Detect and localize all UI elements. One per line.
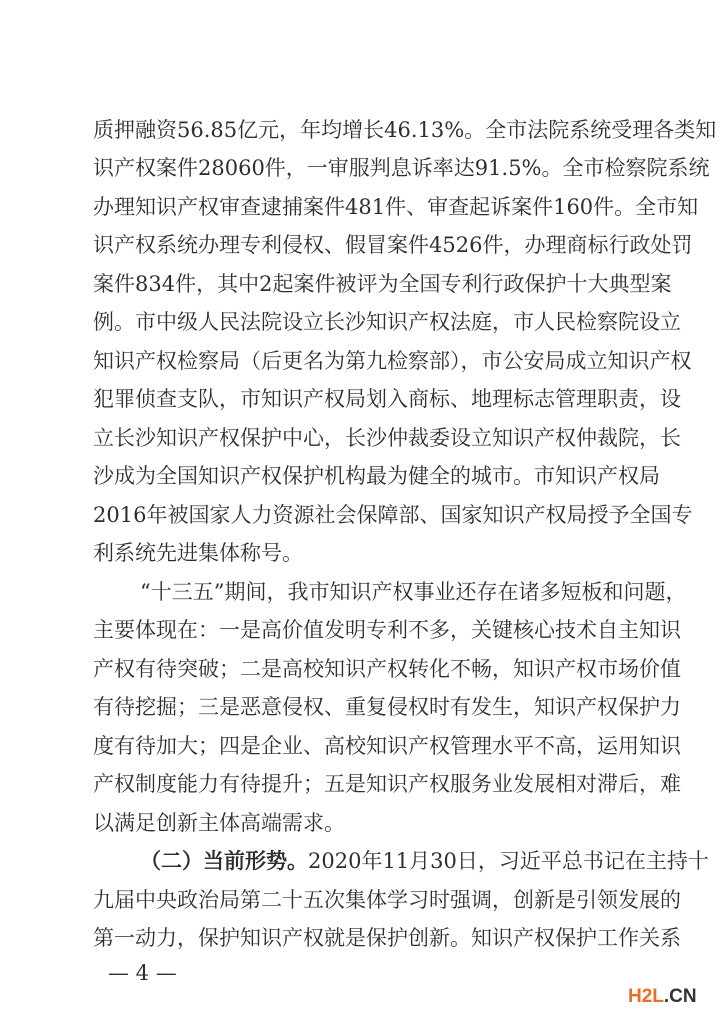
body-line-11: 2016年被国家人力资源社会保障部、国家知识产权局授予全国专 — [93, 501, 628, 529]
body-line-7: 知识产权检察局（后更名为第九检察部），市公安局成立知识产权 — [93, 347, 628, 375]
paragraph-2-line-5: 度有待加大；四是企业、高校知识产权管理水平不高，运用知识 — [93, 732, 628, 760]
paragraph-2-line-3: 产权有待突破；二是高校知识产权转化不畅，知识产权市场价值 — [93, 655, 628, 683]
section-heading: （二）当前形势。 — [140, 848, 308, 873]
body-line-2: 识产权案件28060件，一审服判息诉率达91.5%。全市检察院系统 — [93, 154, 628, 182]
body-line-1: 质押融资56.85亿元，年均增长46.13%。全市法院系统受理各类知 — [93, 116, 628, 144]
section-text: 2020年11月30日，习近平总书记在主持十 — [308, 849, 709, 873]
section-2-line-1: （二）当前形势。2020年11月30日，习近平总书记在主持十 — [140, 847, 628, 875]
watermark-logo: H2L.CN — [628, 986, 697, 1008]
watermark-cn: .CN — [664, 986, 697, 1007]
body-line-12: 利系统先进集体称号。 — [93, 539, 628, 567]
section-2-line-2: 九届中央政治局第二十五次集体学习时强调，创新是引领发展的 — [93, 886, 628, 914]
document-page: 质押融资56.85亿元，年均增长46.13%。全市法院系统受理各类知 识产权案件… — [0, 0, 720, 1018]
body-line-9: 立长沙知识产权保护中心，长沙仲裁委设立知识产权仲裁院，长 — [93, 424, 628, 452]
paragraph-2-line-2: 主要体现在：一是高价值发明专利不多，关键核心技术自主知识 — [93, 616, 628, 644]
page-number: — 4 — — [108, 960, 177, 986]
body-line-3: 办理知识产权审查逮捕案件481件、审查起诉案件160件。全市知 — [93, 193, 628, 221]
paragraph-2-line-4: 有待挖掘；三是恶意侵权、重复侵权时有发生，知识产权保护力 — [93, 693, 628, 721]
watermark-h2l: H2L — [628, 986, 664, 1007]
body-line-6: 例。市中级人民法院设立长沙知识产权法庭，市人民检察院设立 — [93, 308, 628, 336]
body-line-10: 沙成为全国知识产权保护机构最为健全的城市。市知识产权局 — [93, 462, 628, 490]
paragraph-2-line-6: 产权制度能力有待提升；五是知识产权服务业发展相对滞后，难 — [93, 770, 628, 798]
paragraph-2-line-1: “十三五”期间，我市知识产权事业还存在诸多短板和问题， — [140, 578, 628, 606]
body-line-8: 犯罪侦查支队，市知识产权局划入商标、地理标志管理职责，设 — [93, 385, 628, 413]
body-line-5: 案件834件，其中2起案件被评为全国专利行政保护十大典型案 — [93, 270, 628, 298]
body-line-4: 识产权系统办理专利侵权、假冒案件4526件，办理商标行政处罚 — [93, 231, 628, 259]
paragraph-2-line-7: 以满足创新主体高端需求。 — [93, 809, 628, 837]
section-2-line-3: 第一动力，保护知识产权就是保护创新。知识产权保护工作关系 — [93, 924, 628, 952]
